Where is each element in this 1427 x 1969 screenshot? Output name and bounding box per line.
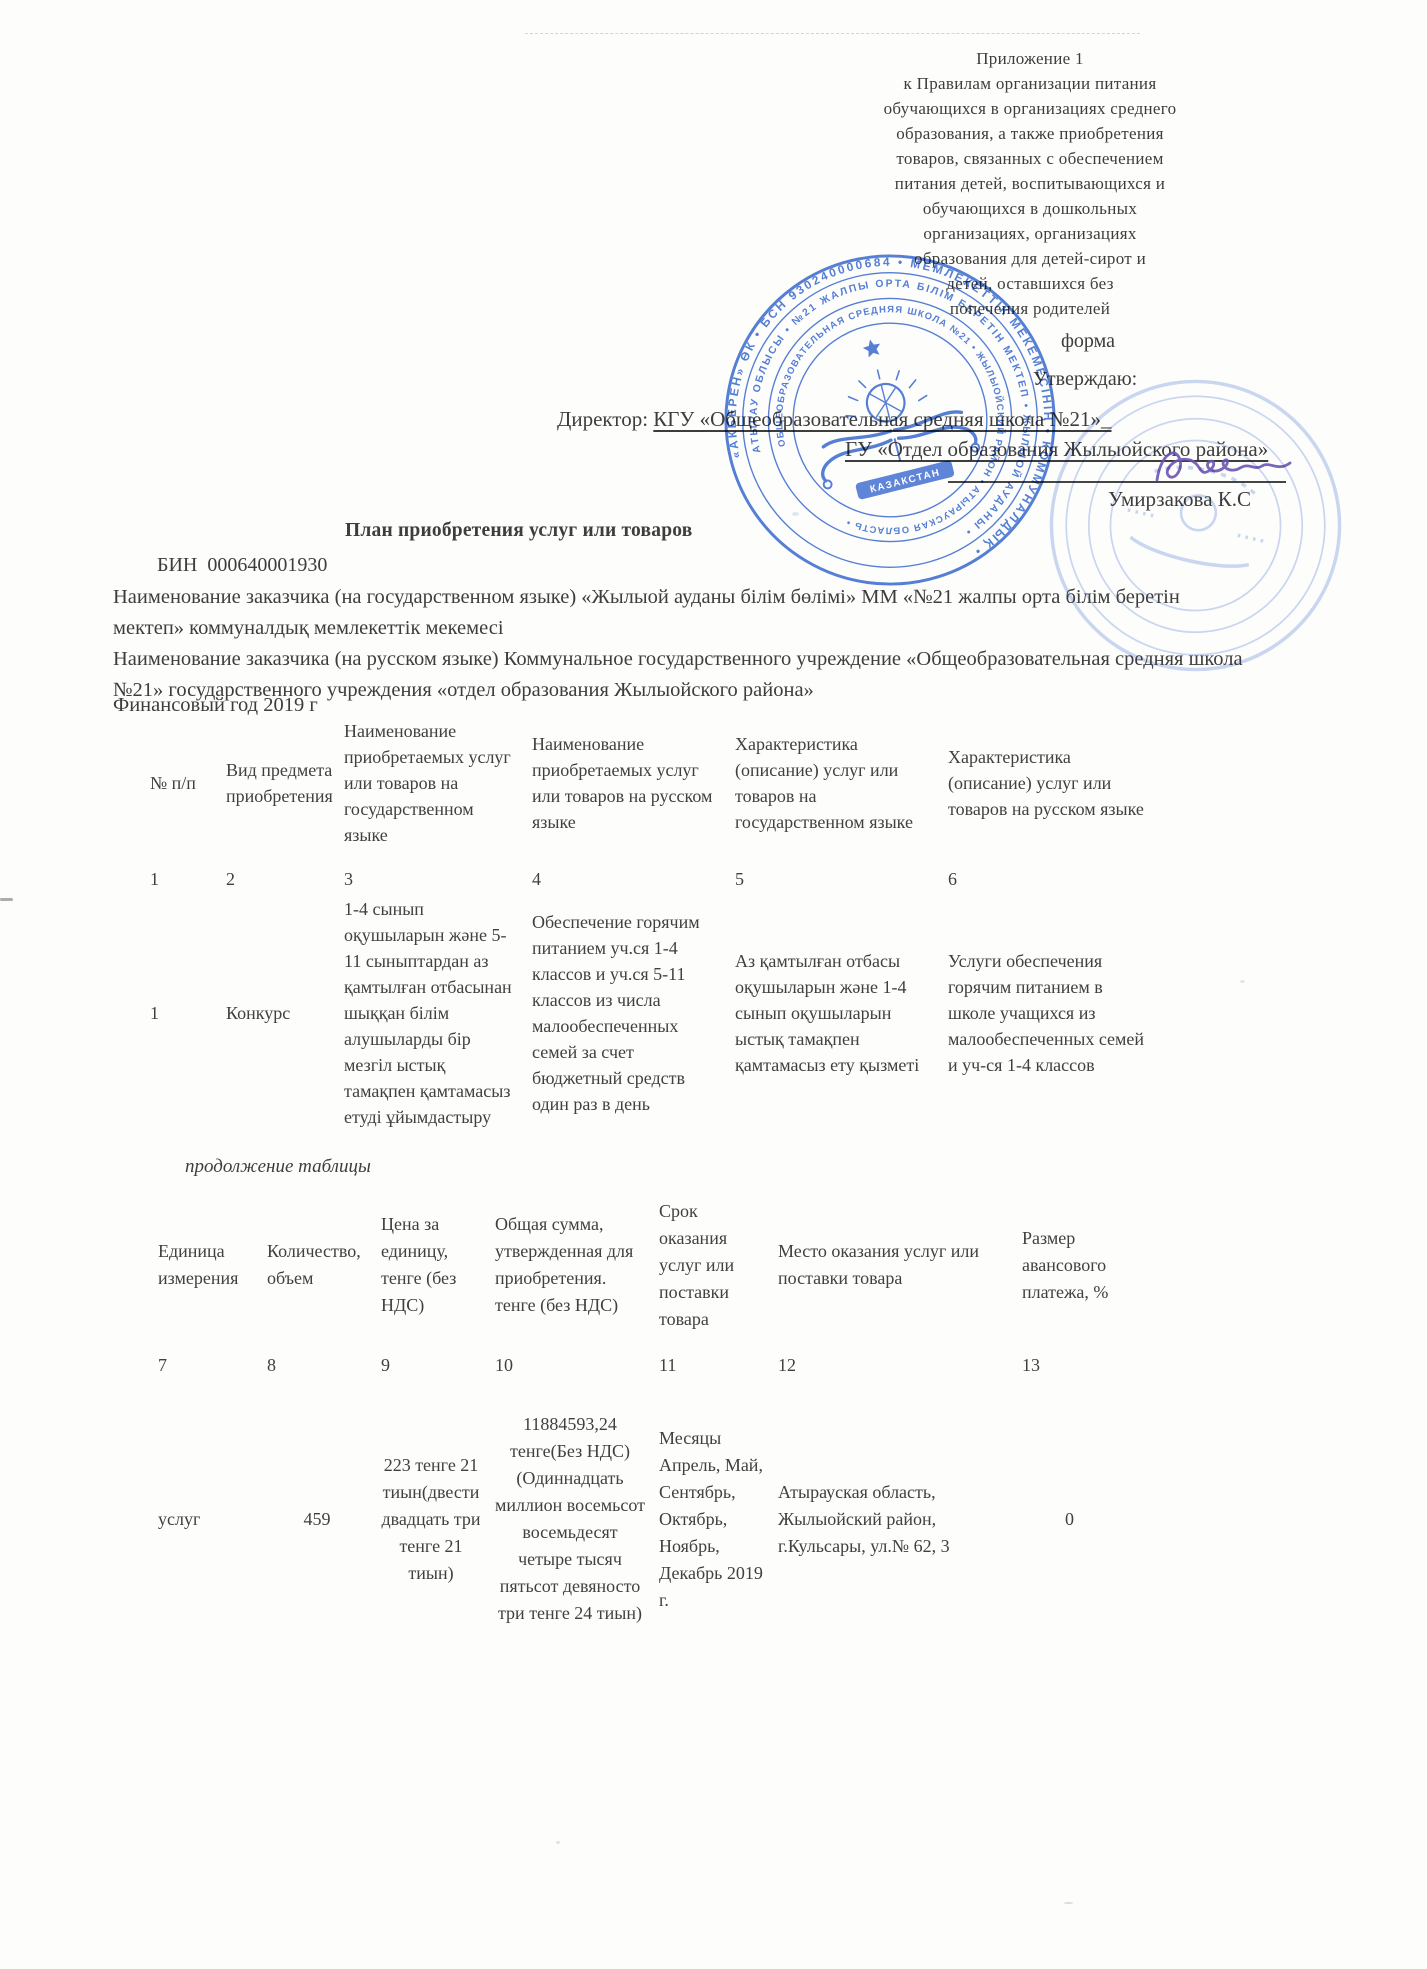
column-header: Единица измерения [158, 1190, 253, 1340]
cell-total-sum: 11884593,24 тенге(Без НДС) (Одиннадцать … [495, 1378, 645, 1660]
cell-delivery-term: Месяцы Апрель, Май, Сентябрь, Октябрь, Н… [659, 1378, 764, 1660]
table-continuation-label: продолжение таблицы [185, 1156, 371, 1178]
appendix-line: образования, а также приобретения [770, 121, 1290, 146]
continuation-table-header: Единица измерения Количество, объем Цена… [158, 1190, 1117, 1340]
column-header: Вид предмета приобретения [226, 716, 326, 850]
cell-description-kazakh: Аз қамтылған отбасы оқушыларын және 1-4 … [735, 888, 930, 1138]
cell-name-russian: Обеспечение горячим питанием уч.ся 1-4 к… [532, 888, 717, 1138]
procurement-table-header: № п/п Вид предмета приобретения Наименов… [150, 716, 1153, 850]
cell-delivery-place: Атырауская область, Жылыойский район, г.… [778, 1378, 1008, 1660]
cell-name-kazakh: 1-4 сынып оқушыларын және 5-11 сыныптард… [344, 888, 514, 1138]
document-page: Приложение 1 к Правилам организации пита… [0, 0, 1427, 1969]
customer-name-kazakh: Наименование заказчика (на государственн… [113, 582, 1253, 644]
column-header: № п/п [150, 716, 208, 850]
scan-artifact-line [525, 33, 1140, 34]
cell-unit-price: 223 тенге 21 тиын(двести двадцать три те… [381, 1378, 481, 1660]
appendix-line: питания детей, воспитывающихся и [770, 171, 1290, 196]
procurement-table-row: 1 Конкурс 1-4 сынып оқушыларын және 5-11… [150, 888, 1153, 1138]
column-header: Наименование приобретаемых услуг или тов… [344, 716, 514, 850]
cell-advance-payment: 0 [1022, 1378, 1117, 1660]
column-header: Общая сумма, утвержденная для приобретен… [495, 1190, 645, 1340]
cell-row-number: 1 [150, 888, 208, 1138]
scan-speck [1064, 1902, 1073, 1904]
continuation-table-row: услуг 459 223 тенге 21 тиын(двести двадц… [158, 1378, 1117, 1660]
scan-speck [1240, 980, 1245, 983]
column-header: Срок оказания услуг или поставки товара [659, 1190, 764, 1340]
appendix-line: обучающихся в дошкольных [770, 196, 1290, 221]
fiscal-year: Финансовый год 2019 г [113, 694, 318, 717]
document-title: План приобретения услуг или товаров [345, 520, 692, 542]
cell-unit: услуг [158, 1378, 253, 1660]
appendix-line: Приложение 1 [770, 46, 1290, 71]
column-header: Размер авансового платежа, % [1022, 1190, 1117, 1340]
column-header: Наименование приобретаемых услуг или тов… [532, 716, 717, 850]
appendix-line: к Правилам организации питания [770, 71, 1290, 96]
cell-quantity: 459 [267, 1378, 367, 1660]
cell-procurement-type: Конкурс [226, 888, 326, 1138]
appendix-line: организациях, организациях [770, 221, 1290, 246]
column-header: Характеристика (описание) услуг или това… [948, 716, 1153, 850]
bin-number: БИН 000640001930 [157, 554, 327, 577]
director-prefix: Директор: [557, 407, 653, 431]
column-header: Количество, объем [267, 1190, 367, 1340]
scan-artifact-dash [0, 898, 13, 901]
appendix-line: товаров, связанных с обеспечением [770, 146, 1290, 171]
appendix-line: обучающихся в организациях среднего [770, 96, 1290, 121]
column-header: Характеристика (описание) услуг или това… [735, 716, 930, 850]
scan-speck [556, 1841, 560, 1844]
column-header: Место оказания услуг или поставки товара [778, 1190, 1008, 1340]
column-header: Цена за единицу, тенге (без НДС) [381, 1190, 481, 1340]
cell-description-russian: Услуги обеспечения горячим питанием в шк… [948, 888, 1153, 1138]
